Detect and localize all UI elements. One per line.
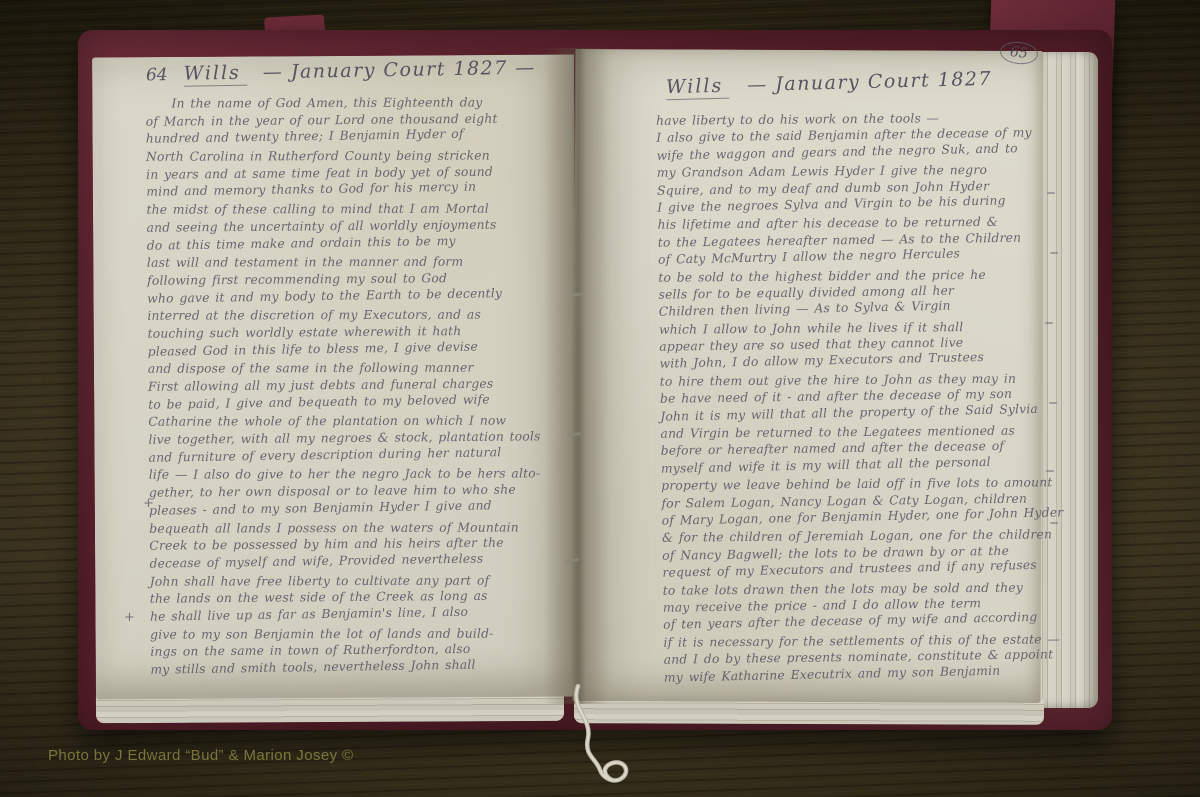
page-edge-ink-mark (1046, 470, 1054, 472)
manuscript-line: my Grandson Adam Lewis Hyder I give the … (657, 162, 1049, 183)
photo-of-ledger-on-table: 64 Wills — January Court 1827 — Wills — … (0, 0, 1200, 797)
margin-cross-mark: + (124, 610, 135, 625)
left-header-title: Wills (183, 62, 247, 87)
manuscript-line: and dispose of the same in the following… (148, 360, 550, 379)
manuscript-line: the midst of these calling to mind that … (146, 200, 548, 219)
manuscript-line: North Carolina in Rutherford County bein… (146, 147, 548, 166)
page-edge-ink-mark (1049, 402, 1057, 404)
photographer-watermark: Photo by J Edward “Bud” & Marion Josey © (48, 747, 354, 764)
manuscript-line: to take lots drawn then the lots may be … (663, 579, 1055, 600)
manuscript-line: if it is necessary for the settlements o… (663, 631, 1055, 652)
page-edge-ink-mark (1045, 322, 1053, 324)
page-edge-ink-mark (1050, 522, 1058, 524)
manuscript-line: In the name of God Amen, this Eighteenth… (172, 94, 548, 113)
manuscript-line: which I allow to John while he lives if … (659, 318, 1051, 339)
manuscript-line: to hire them out give the hire to John a… (660, 370, 1052, 391)
manuscript-line: Catharine the whole of the plantation on… (148, 413, 550, 432)
right-page-manuscript-text: have liberty to do his work on the tools… (656, 107, 1056, 686)
left-page-manuscript-text: In the name of God Amen, this Eighteenth… (145, 92, 552, 679)
margin-cross-mark: + (143, 496, 154, 511)
manuscript-line: last will and testament in the manner an… (147, 254, 549, 273)
manuscript-line: give to my son Benjamin the lot of lands… (150, 625, 552, 644)
page-edge-ink-mark (1050, 252, 1058, 254)
left-page-number: 64 (146, 65, 168, 85)
manuscript-line: John shall have free liberty to cultivat… (150, 572, 552, 591)
manuscript-line: bequeath all lands I possess on the wate… (149, 519, 551, 538)
manuscript-line: to be sold to the highest bidder and the… (658, 266, 1050, 287)
bookmark-thread (540, 678, 680, 797)
page-edge-ink-mark (1047, 192, 1055, 194)
manuscript-line: life — I also do give to her the negro J… (149, 466, 551, 485)
manuscript-line: and Virgin be returned to the Legatees m… (660, 422, 1052, 443)
left-header-court-line: — January Court 1827 — (263, 57, 536, 84)
manuscript-line: interred at the discretion of my Executo… (147, 307, 549, 326)
manuscript-line: have liberty to do his work on the tools… (656, 109, 1048, 130)
manuscript-line: property we leave behind be laid off in … (661, 475, 1053, 496)
right-header-title: Wills (666, 75, 730, 101)
